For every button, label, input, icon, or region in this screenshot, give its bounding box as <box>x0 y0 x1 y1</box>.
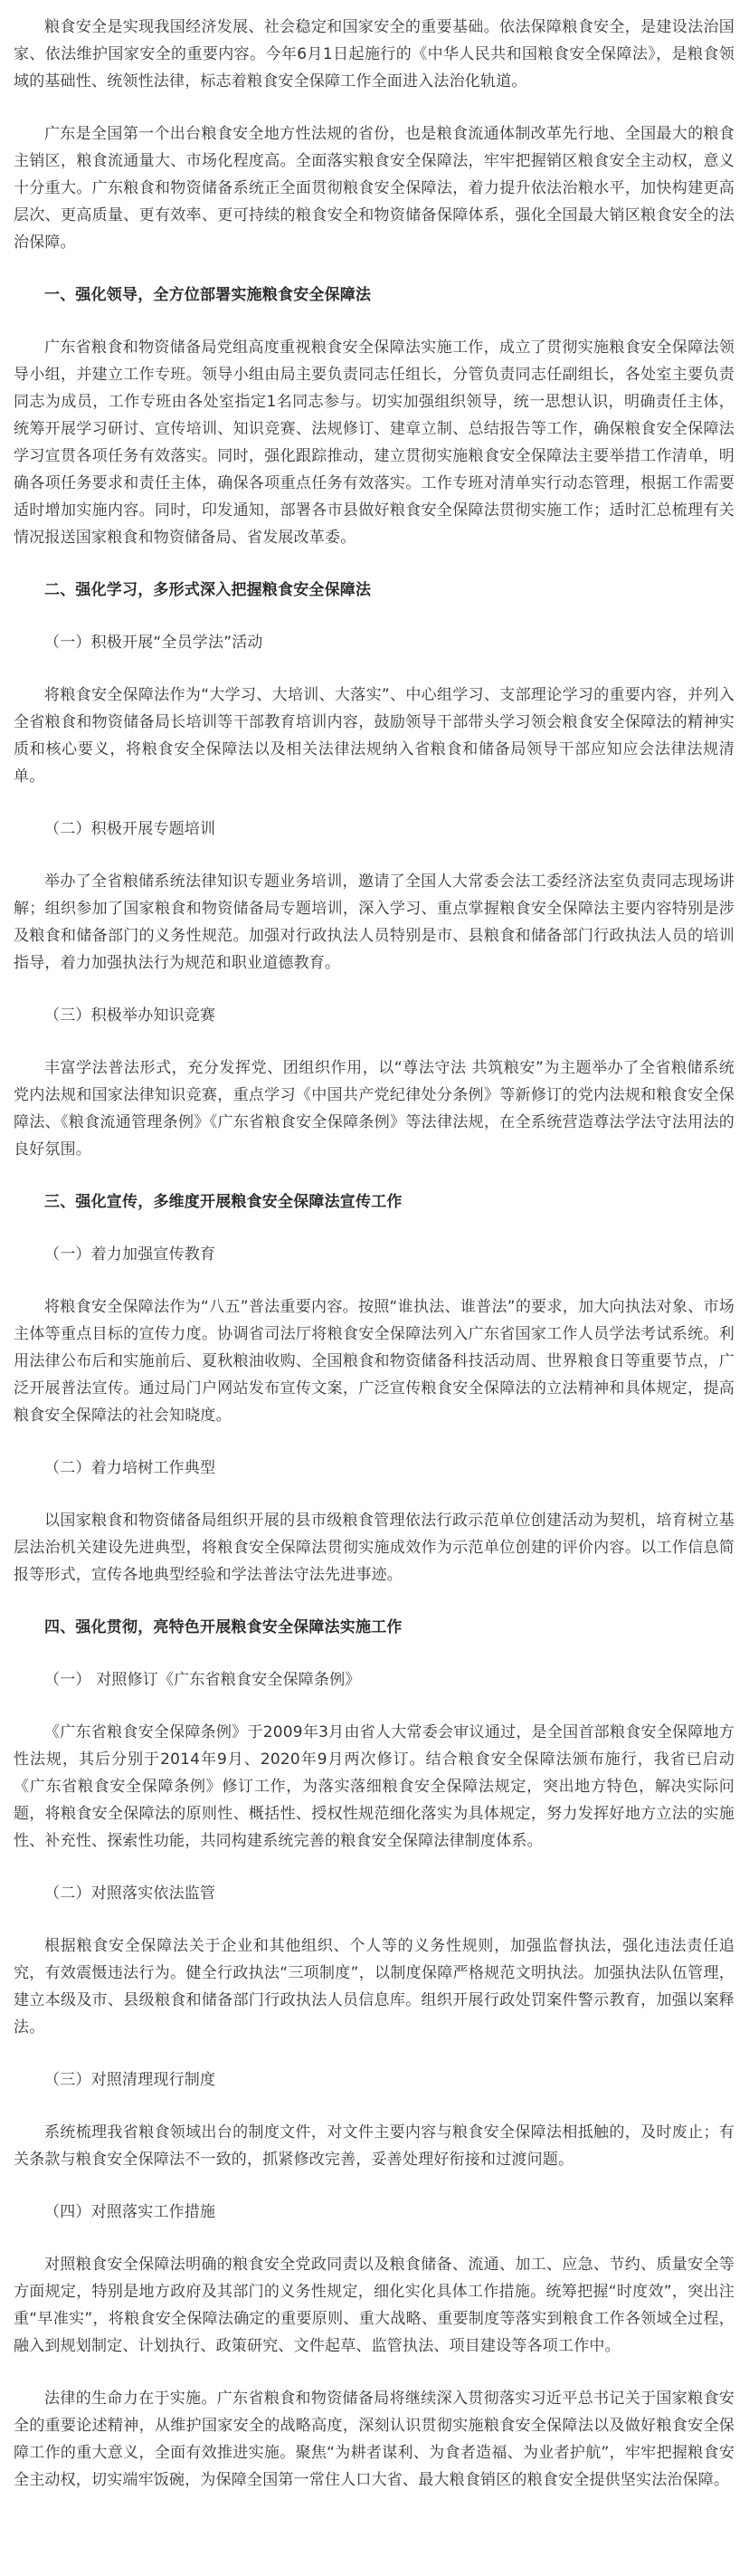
paragraph: 对照粮食安全保障法明确的粮食安全党政同责以及粮食储备、流通、加工、应急、节约、质… <box>14 2251 735 2360</box>
section-title: 三、强化宣传，多维度开展粮食安全保障法宣传工作 <box>14 1188 735 1216</box>
sub-heading: （三）积极举办知识竞赛 <box>14 1002 735 1029</box>
section-title: 四、强化贯彻，亮特色开展粮食安全保障法实施工作 <box>14 1614 735 1641</box>
paragraph: 将粮食安全保障法作为“八五”普法重要内容。按照“谁执法、谁普法”的要求，加大向执… <box>14 1293 735 1429</box>
intro-paragraph: 广东是全国第一个出台粮食安全地方性法规的省份，也是粮食流通体制改革先行地、全国最… <box>14 120 735 256</box>
sub-heading: （一）着力加强宣传教育 <box>14 1241 735 1268</box>
sub-heading: （一） 对照修订《广东省粮食安全保障条例》 <box>14 1666 735 1693</box>
sub-heading: （二）着力培树工作典型 <box>14 1455 735 1482</box>
sub-heading: （一）积极开展“全员学法”活动 <box>14 629 735 656</box>
paragraph: 根据粮食安全保障法关于企业和其他组织、个人等的义务性规则，加强监督执法，强化违法… <box>14 1932 735 2041</box>
article: 粮食安全是实现我国经济发展、社会稳定和国家安全的重要基础。依法保障粮食安全，是建… <box>0 0 749 2535</box>
sub-heading: （二）对照落实依法监管 <box>14 1880 735 1907</box>
sub-heading: （二）积极开展专题培训 <box>14 816 735 843</box>
paragraph: 以国家粮食和物资储备局组织开展的县市级粮食管理依法行政示范单位创建活动为契机，培… <box>14 1507 735 1589</box>
paragraph: 举办了全省粮储系统法律知识专题业务培训，邀请了全国人大常委会法工委经济法室负责同… <box>14 868 735 977</box>
paragraph: 《广东省粮食安全保障条例》于2009年3月由省人大常委会审议通过，是全国首部粮食… <box>14 1719 735 1855</box>
paragraph: 将粮食安全保障法作为“大学习、大培训、大落实”、中心组学习、支部理论学习的重要内… <box>14 682 735 790</box>
closing-paragraph: 法律的生命力在于实施。广东省粮食和物资储备局将继续深入贯彻落实习近平总书记关于国… <box>14 2385 735 2494</box>
paragraph: 丰富学法普法形式，充分发挥党、团组织作用，以“尊法守法 共筑粮安”为主题举办了全… <box>14 1054 735 1163</box>
sub-heading: （三）对照清理现行制度 <box>14 2066 735 2094</box>
paragraph: 广东省粮食和物资储备局党组高度重视粮食安全保障法实施工作，成立了贯彻实施粮食安全… <box>14 334 735 551</box>
paragraph: 系统梳理我省粮食领域出台的制度文件，对文件主要内容与粮食安全保障法相抵触的，及时… <box>14 2119 735 2173</box>
intro-paragraph: 粮食安全是实现我国经济发展、社会稳定和国家安全的重要基础。依法保障粮食安全，是建… <box>14 14 735 95</box>
sub-heading: （四）对照落实工作措施 <box>14 2199 735 2226</box>
section-title: 一、强化领导，全方位部署实施粮食安全保障法 <box>14 281 735 309</box>
section-title: 二、强化学习，多形式深入把握粮食安全保障法 <box>14 577 735 604</box>
